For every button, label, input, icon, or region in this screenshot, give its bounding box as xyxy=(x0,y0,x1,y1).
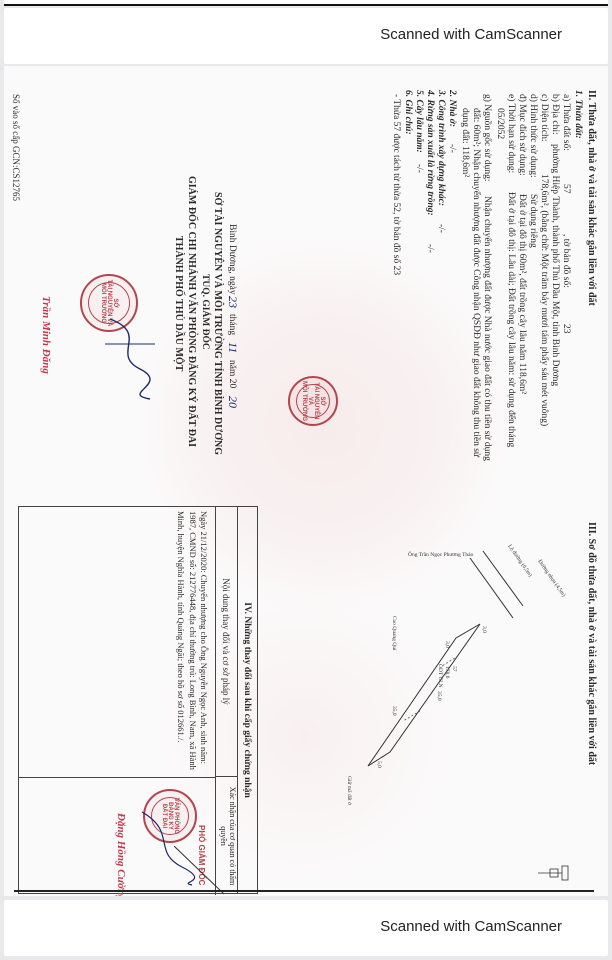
area-label: c) Diện tích: xyxy=(539,94,549,141)
registry-number: Số vào sổ cấp GCN:CS12765 xyxy=(11,94,20,201)
term: Đất ở tại đô thị: Lâu dài; Đất trồng cây… xyxy=(506,192,516,447)
signer-title-1: GIÁM ĐỐC CHI NHÁNH VĂN PHÒNG ĐĂNG KÝ ĐẤT… xyxy=(186,176,196,447)
dim-2: 35,0 xyxy=(436,691,442,701)
camscanner-label-bottom: Scanned with CamScanner xyxy=(380,918,562,935)
north-arrow-icon xyxy=(538,866,568,880)
center-seal-text-2: TÀI NGUYÊN VÀ xyxy=(307,378,319,424)
usage-form: Sử dụng riêng xyxy=(528,194,538,248)
neighbor-end: Giữ mã đất ở xyxy=(346,776,353,805)
forest-label: 4. Rừng sản xuất là rừng trồng: xyxy=(425,90,435,216)
other-construction-label: 3. Công trình xây dựng khác: xyxy=(436,90,446,206)
camscanner-footer-top: Scanned with CamScanner xyxy=(4,8,608,64)
corner-diagonal-line xyxy=(174,846,234,896)
previous-page-edge xyxy=(4,0,608,6)
parcel-code: 57 xyxy=(451,666,457,672)
dim-3: 5,0 xyxy=(376,761,382,768)
road-label: Đường nhựa (4,5m) xyxy=(536,558,567,598)
address-label: b) Địa chỉ: xyxy=(550,94,560,135)
perennial-label: 5. Cây lâu năm: xyxy=(414,90,424,153)
seal-text-1: SỞ xyxy=(112,298,118,307)
center-seal-text-3: MÔI TRƯỜNG xyxy=(301,381,307,421)
term-label: e) Thời hạn sử dụng: xyxy=(506,94,516,173)
table-divider xyxy=(19,777,215,778)
year-prefix: năm 20 xyxy=(227,360,237,388)
agency-name: SỞ TÀI NGUYÊN VÀ MÔI TRƯỜNG TỈNH BÌNH DƯ… xyxy=(212,192,222,455)
section2-heading: II. Thửa đất, nhà ở và tài sản khác gắn … xyxy=(586,90,596,306)
origin: Nhận chuyển nhượng đất được Nhà nước gia… xyxy=(482,196,492,461)
tuq-label: TUQ. GIÁM ĐỐC xyxy=(200,274,210,350)
changes-col-content: Nội dung thay đổi và cơ sở pháp lý xyxy=(215,507,237,777)
date-year: 20 xyxy=(227,396,239,408)
parcel-diagram: Đường nhựa (4,5m) Lộ đường (0,5m) 57 178… xyxy=(288,506,608,896)
house-label: 2. Nhà ở: xyxy=(447,90,457,127)
page-bottom-rule xyxy=(14,890,594,892)
neighbor-south: Cao Quang Quí xyxy=(391,616,397,651)
section4-heading: IV. Những thay đổi sau khi cấp giấy chứn… xyxy=(237,507,257,893)
changes-table: IV. Những thay đổi sau khi cấp giấy chứn… xyxy=(18,506,258,894)
certificate-page: II. Thửa đất, nhà ở và tài sản khác gắn … xyxy=(4,66,608,896)
notes-label: 6. Ghi chú: xyxy=(403,90,413,135)
change-entry: Ngày 21/12/2020: Chuyển nhượng cho Ông N… xyxy=(175,511,209,773)
purpose-label: đ) Mục đích sử dụng: xyxy=(517,94,527,176)
parcel-type: ODT CLN xyxy=(437,664,443,688)
parcel-no-label: a) Thửa đất số: xyxy=(561,94,571,151)
date-month: 11 xyxy=(227,342,239,353)
date-prefix: Bình Dương, ngày xyxy=(227,224,237,295)
parcel-area: 178,6 xyxy=(444,666,450,679)
signer-name: Trần Minh Đăng xyxy=(40,296,52,374)
origin-cont-2: dụng đất: 118,6m² xyxy=(460,108,470,177)
camscanner-footer-bottom: Scanned with CamScanner xyxy=(4,900,608,956)
address: phường Hiệp Thành, thành phố Thủ Dầu Một… xyxy=(550,144,560,386)
map-sheet: 23 xyxy=(561,324,571,334)
dim-5: 3,0 xyxy=(444,641,450,648)
approver-name: Đặng Hồng Cường xyxy=(115,813,127,896)
term-cont: 05/2052 xyxy=(495,108,505,139)
rotated-content: II. Thửa đất, nhà ở và tài sản khác gắn … xyxy=(4,66,608,896)
section-land-info: II. Thửa đất, nhà ở và tài sản khác gắn … xyxy=(4,74,608,494)
setback-label: Lộ đường (0,5m) xyxy=(506,543,534,578)
other-construction-value: -/- xyxy=(436,224,446,233)
land-subheading: 1. Thửa đất: xyxy=(573,90,583,139)
origin-label: g) Nguồn gốc sử dụng: xyxy=(482,94,492,181)
map-sheet-label: , tờ bản đồ số: xyxy=(561,234,571,288)
camscanner-label: Scanned with CamScanner xyxy=(380,26,562,43)
usage-form-label: d) Hình thức sử dụng: xyxy=(528,94,538,178)
center-seal-text-1: SỞ xyxy=(319,396,325,405)
notes: - Thửa 57 được tách từ thửa 52, tờ bản đ… xyxy=(391,94,401,275)
dim-4: 35,0 xyxy=(391,706,397,716)
purpose: Đất ở tại đô thị 60m², đất trồng cây lâu… xyxy=(517,194,527,394)
date-day: 23 xyxy=(227,296,239,308)
signer-title-2: THÀNH PHỐ THỦ DẦU MỘT xyxy=(173,236,183,371)
section-diagram-and-changes: III. Sơ đồ thửa đất, nhà ở và tài sản kh… xyxy=(4,506,608,896)
origin-cont-1: đất: 60m²; Nhận chuyển nhượng đất được C… xyxy=(471,108,481,457)
perennial-value: -/- xyxy=(414,164,424,173)
area: 178,6m², (bằng chữ: Một trăm bảy mươi tá… xyxy=(539,174,549,426)
month-prefix: tháng xyxy=(227,314,237,335)
center-seal: SỞ TÀI NGUYÊN VÀ MÔI TRƯỜNG xyxy=(288,376,338,426)
parcel-no: 57 xyxy=(561,184,571,194)
dim-1: 3,0 xyxy=(481,626,487,633)
forest-value: -/- xyxy=(425,244,435,253)
neighbor-north: Ông Trần Ngọc Phương Thảo xyxy=(408,550,474,558)
handwritten-signature xyxy=(100,314,160,404)
house-value: -/- xyxy=(447,144,457,153)
